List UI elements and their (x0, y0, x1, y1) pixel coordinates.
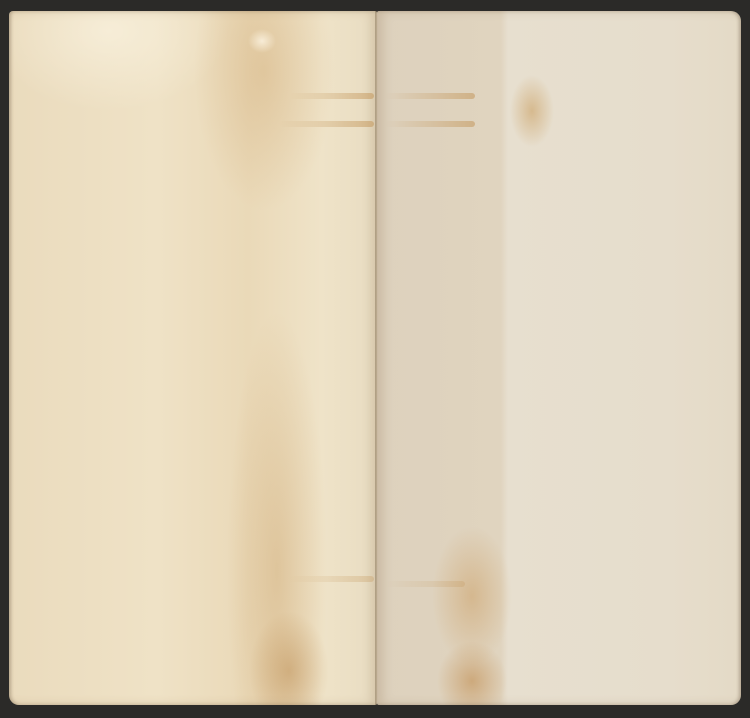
right-page (377, 11, 741, 705)
water-stain (385, 93, 475, 99)
water-stain (289, 93, 374, 99)
water-stain (385, 121, 475, 127)
book-spread (0, 0, 750, 718)
water-stain (289, 576, 374, 582)
water-stain (279, 121, 374, 127)
left-page (9, 11, 377, 705)
water-stain (385, 581, 465, 587)
